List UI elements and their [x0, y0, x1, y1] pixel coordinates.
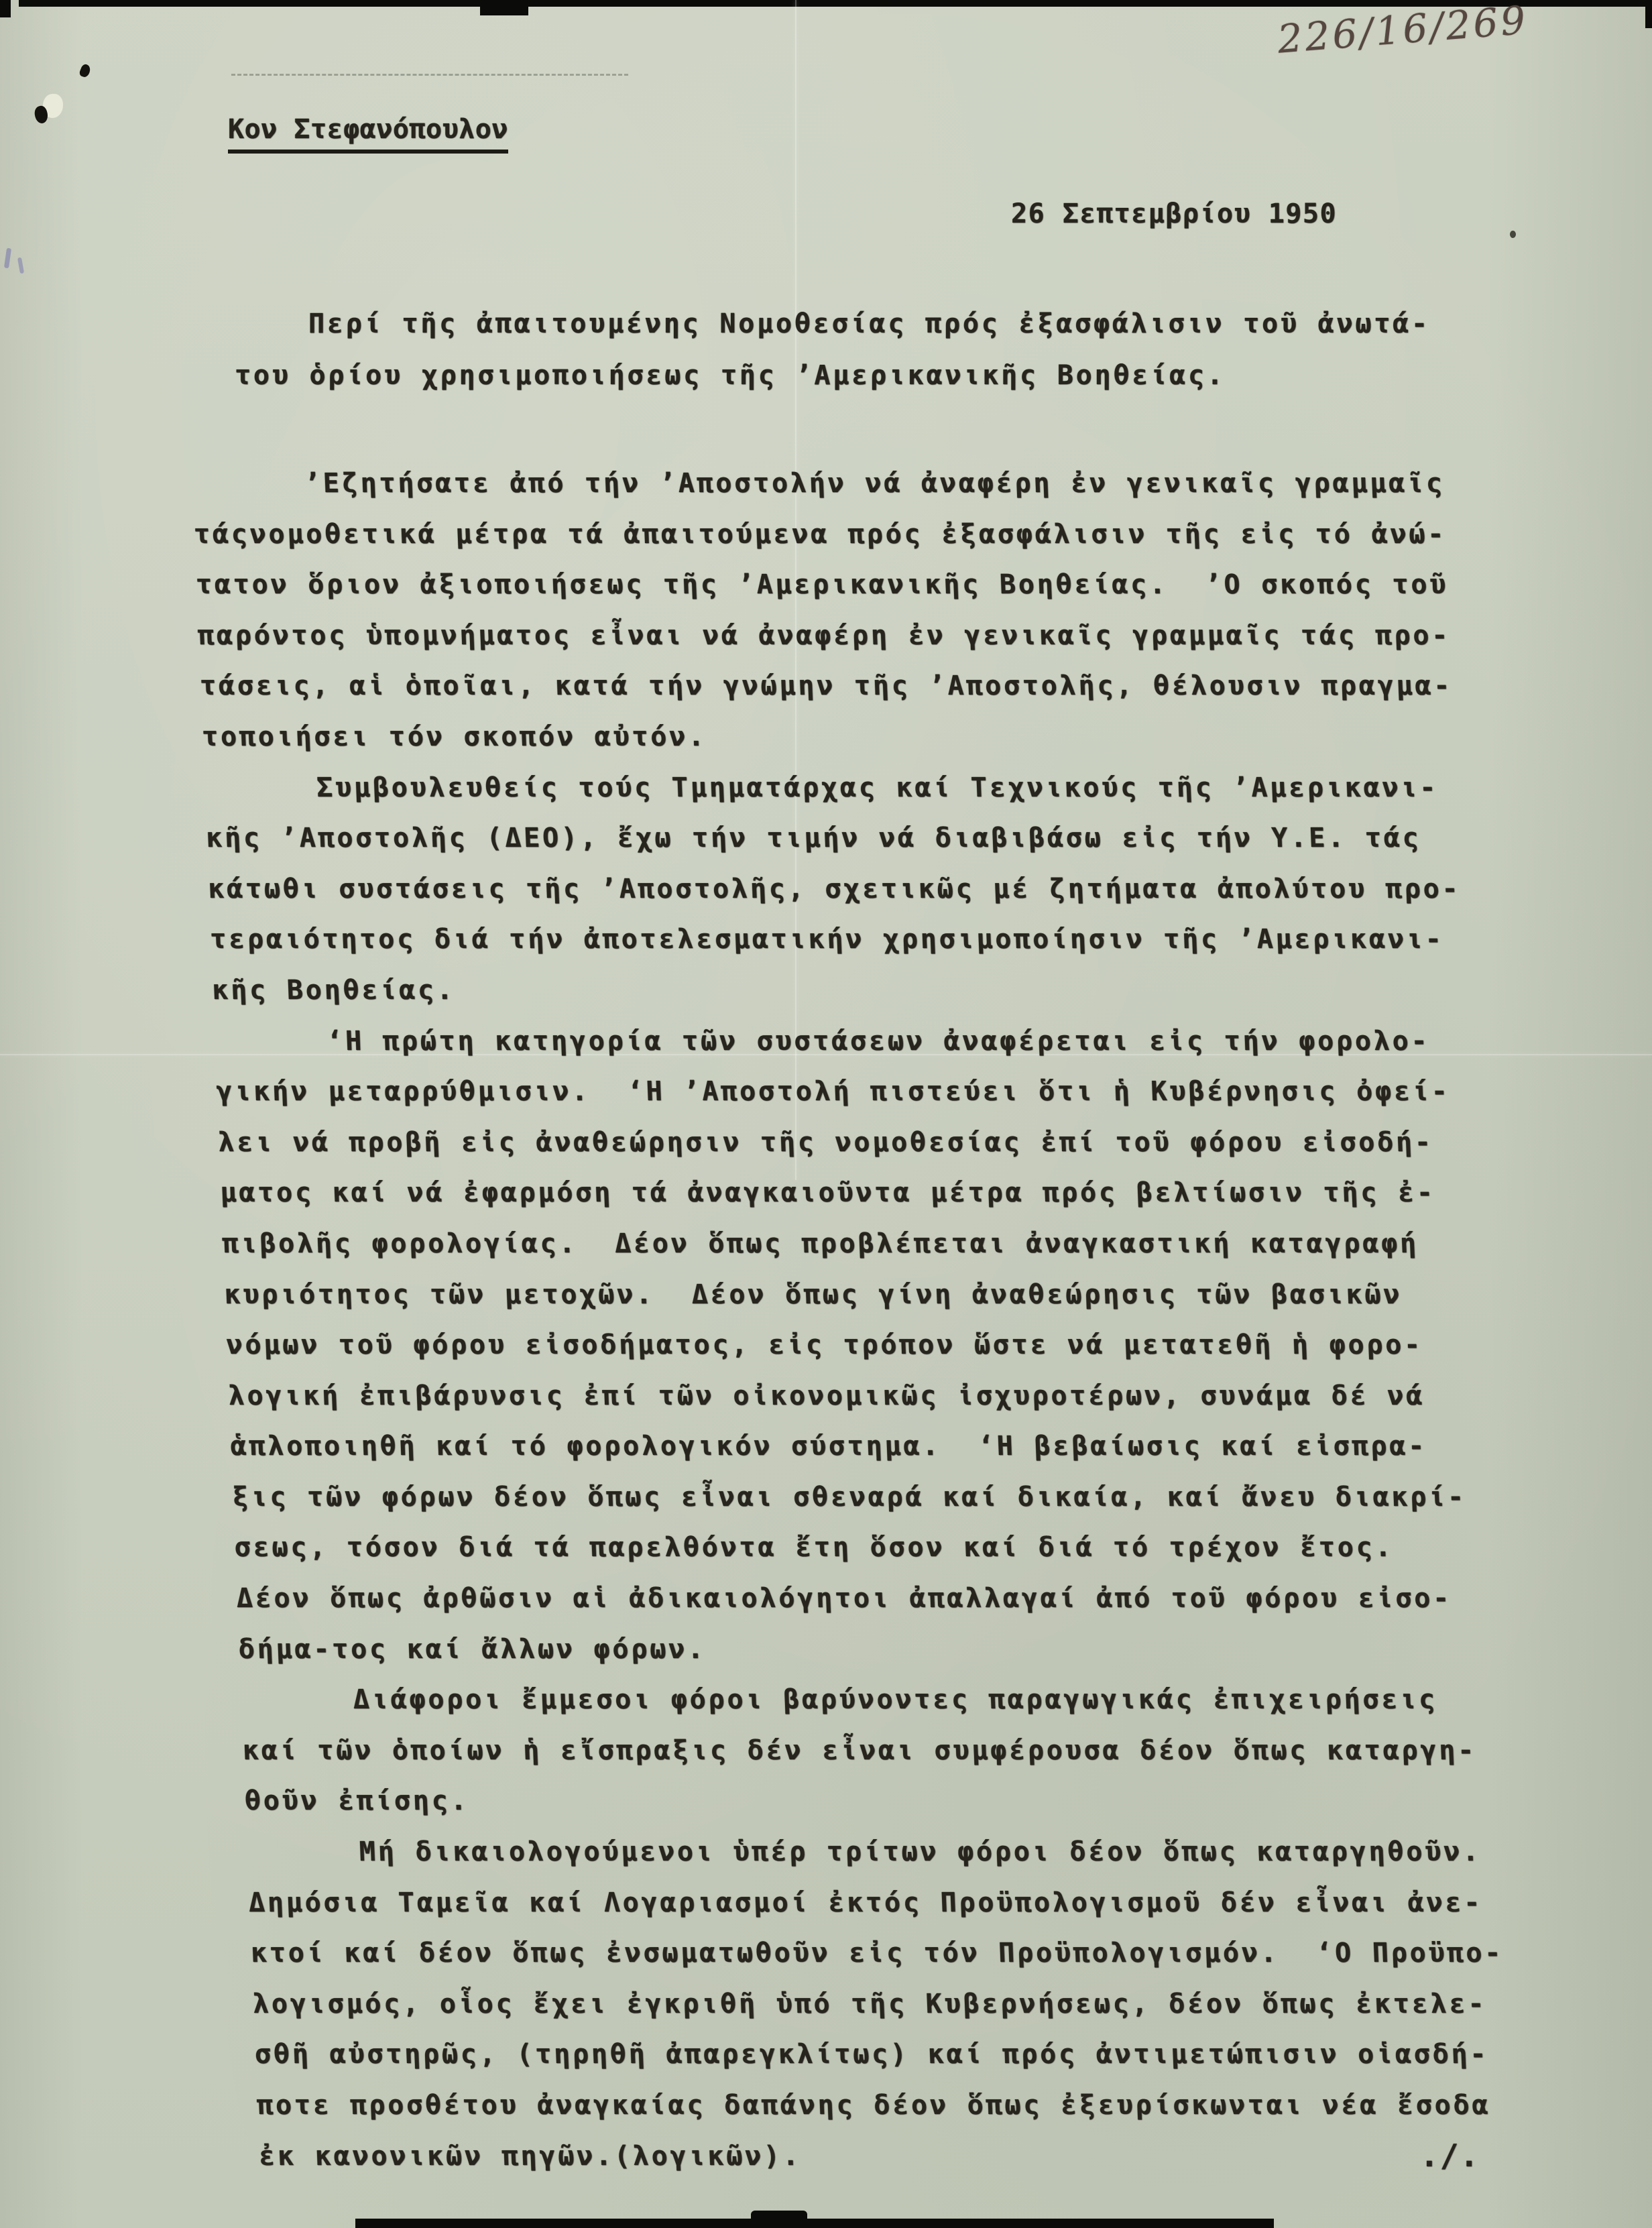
faint-dashed-line	[231, 74, 628, 76]
scan-edge-top-nub	[480, 0, 528, 15]
text-line: ξις τῶν φόρων δέον ὅπως εἶναι σθεναρά κα…	[232, 1482, 1561, 1533]
subject-block: Περί τῆς ἀπαιτουμένης Νομοθεσίας πρός ἐξ…	[235, 308, 1509, 412]
date-line: 26 Σεπτεμβρίου 1950	[1011, 198, 1337, 229]
body-block: ’Εζητήσατε ἀπό τήν ’Αποστολήν νά ἀναφέρη…	[191, 468, 1588, 2191]
ink-blob	[78, 63, 92, 78]
text-line: ‘Η πρώτη κατηγορία τῶν συστάσεων ἀναφέρε…	[213, 1026, 1543, 1077]
recipient-line: Κον Στεφανόπουλον	[228, 114, 508, 154]
text-line: τάςνομοθετικά μέτρα τά ἀπαιτούμενα πρός …	[193, 519, 1523, 570]
text-line: δήμα-τος καί ἄλλων φόρων.	[238, 1634, 1568, 1685]
scan-edge-top-left	[0, 0, 11, 17]
blue-pen-mark	[4, 248, 11, 269]
scan-edge-bottom-nub	[751, 2211, 807, 2228]
blue-pen-mark	[17, 257, 24, 274]
text-line: λει νά προβῆ εἰς ἀναθεώρησιν τῆς νομοθεσ…	[217, 1127, 1547, 1178]
text-line: λογική ἐπιβάρυνσις ἐπί τῶν οἰκονομικῶς ἰ…	[228, 1381, 1557, 1431]
text-line: κῆς ’Αποστολῆς (ΔΕΟ), ἔχω τήν τιμήν νά δ…	[205, 823, 1535, 874]
text-line: πιβολῆς φορολογίας. Δέον ὅπως προβλέπετα…	[222, 1228, 1551, 1279]
text-line: παρόντος ὑπομνήματος εἶναι νά ἀναφέρη ἐν…	[197, 620, 1527, 671]
text-line: κυριότητος τῶν μετοχῶν. Δέον ὅπως γίνη ἀ…	[224, 1279, 1553, 1330]
text-line: Μή δικαιολογούμενοι ὑπέρ τρίτων φόροι δέ…	[246, 1836, 1576, 1887]
text-line: τοποιήσει τόν σκοπόν αὐτόν.	[201, 721, 1531, 772]
text-line: νόμων τοῦ φόρου εἰσοδήματος, εἰς τρόπον …	[226, 1330, 1555, 1381]
scan-edge-right	[1645, 0, 1652, 28]
text-line: κτοί καί δέον ὅπως ἐνσωματωθοῦν εἰς τόν …	[250, 1938, 1580, 1989]
text-line: λογισμός, οἷος ἔχει ἐγκριθῆ ὑπό τῆς Κυβε…	[252, 1989, 1582, 2040]
scan-edge-bottom	[355, 2219, 1274, 2228]
text-line: Περί τῆς ἀπαιτουμένης Νομοθεσίας πρός ἐξ…	[235, 308, 1509, 360]
text-line: ἁπλοποιηθῆ καί τό φορολογικόν σύστημα. ‘…	[230, 1431, 1559, 1482]
text-line: κάτωθι συστάσεις τῆς ’Αποστολῆς, σχετικῶ…	[207, 874, 1537, 925]
text-line: τεραιότητος διά τήν ἀποτελεσματικήν χρησ…	[209, 924, 1539, 975]
text-line: σθῆ αὐστηρῶς, (τηρηθῆ ἀπαρεγκλίτως) καί …	[254, 2039, 1584, 2090]
text-line: Δημόσια Ταμεῖα καί Λογαριασμοί ἐκτός Προ…	[248, 1887, 1578, 1938]
continuation-mark: ./.	[1420, 2137, 1480, 2174]
text-line: τάσεις, αἱ ὁποῖαι, κατά τήν γνώμην τῆς ’…	[199, 670, 1529, 721]
text-line: καί τῶν ὁποίων ἡ εἴσπραξις δέν εἶναι συμ…	[242, 1735, 1572, 1786]
text-line: ποτε προσθέτου ἀναγκαίας δαπάνης δέον ὅπ…	[256, 2090, 1586, 2141]
text-line: τατον ὅριον ἀξιοποιήσεως τῆς ’Αμερικανικ…	[195, 569, 1525, 620]
document-page: 226/16/269 Κον Στεφανόπουλον 26 Σεπτεμβρ…	[0, 0, 1652, 2228]
text-line: ἐκ κανονικῶν πηγῶν.(λογικῶν).	[258, 2141, 1588, 2192]
text-line: Διάφοροι ἔμμεσοι φόροι βαρύνοντες παραγω…	[240, 1684, 1570, 1735]
text-line: Συμβουλευθείς τούς Τμηματάρχας καί Τεχνι…	[203, 772, 1533, 823]
text-line: ματος καί νά ἐφαρμόση τά ἀναγκαιοῦντα μέ…	[220, 1177, 1549, 1228]
text-line: γικήν μεταρρύθμισιν. ‘Η ’Αποστολή πιστεύ…	[215, 1076, 1545, 1127]
text-line: Δέον ὅπως ἀρθῶσιν αἱ ἀδικαιολόγητοι ἀπαλ…	[236, 1583, 1566, 1634]
text-line: ’Εζητήσατε ἀπό τήν ’Αποστολήν νά ἀναφέρη…	[191, 468, 1521, 519]
text-line: κῆς Βοηθείας.	[211, 975, 1541, 1026]
archival-number-handwritten: 226/16/269	[1276, 0, 1600, 62]
text-line: του ὁρίου χρησιμοποιήσεως τῆς ’Αμερικανι…	[235, 360, 1509, 412]
text-line: θοῦν ἐπίσης.	[244, 1785, 1574, 1836]
text-line: σεως, τόσον διά τά παρελθόντα ἔτη ὅσον κ…	[234, 1532, 1563, 1583]
ink-speck	[1510, 231, 1516, 238]
